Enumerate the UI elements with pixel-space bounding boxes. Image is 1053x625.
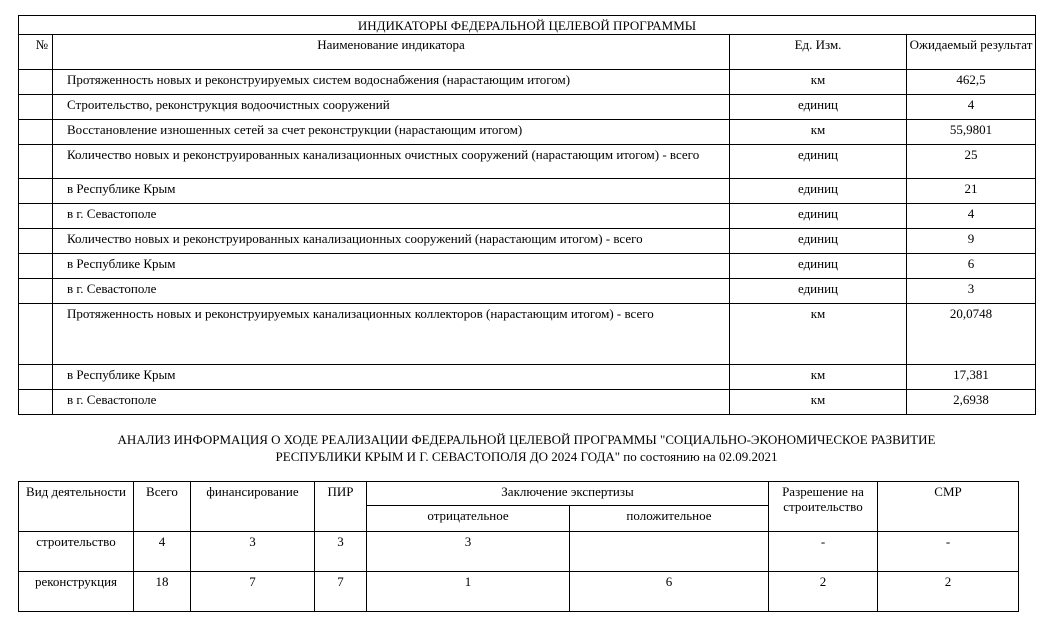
indicator-value: 462,5 <box>907 70 1036 95</box>
indicator-name: в г. Севастополе <box>53 279 730 304</box>
column-header-expertise: Заключение экспертизы <box>367 482 769 506</box>
indicator-value: 3 <box>907 279 1036 304</box>
row-number <box>19 365 53 390</box>
indicator-unit: единиц <box>730 179 907 204</box>
column-header-construction-permit: Разрешение на строительство <box>769 482 878 532</box>
indicator-unit: единиц <box>730 279 907 304</box>
column-header-financing: финансирование <box>191 482 315 532</box>
indicator-unit: единиц <box>730 145 907 179</box>
table-row: в г. Севастополе км 2,6938 <box>19 390 1036 415</box>
indicator-name: в Республике Крым <box>53 254 730 279</box>
indicator-value: 2,6938 <box>907 390 1036 415</box>
indicators-table: ИНДИКАТОРЫ ФЕДЕРАЛЬНОЙ ЦЕЛЕВОЙ ПРОГРАММЫ… <box>18 15 1036 415</box>
row-number <box>19 254 53 279</box>
indicators-header-row: № Наименование индикатора Ед. Изм. Ожида… <box>19 35 1036 70</box>
row-number <box>19 70 53 95</box>
indicator-name: в г. Севастополе <box>53 204 730 229</box>
row-number <box>19 145 53 179</box>
analysis-heading-line2-main: РЕСПУБЛИКИ КРЫМ И Г. СЕВАСТОПОЛЯ ДО 2024… <box>276 449 620 464</box>
indicator-value: 20,0748 <box>907 304 1036 365</box>
row-number <box>19 204 53 229</box>
table-row: Протяженность новых и реконструируемых к… <box>19 304 1036 365</box>
row-number <box>19 279 53 304</box>
activity-cell: реконструкция <box>19 572 134 612</box>
row-number <box>19 304 53 365</box>
table-row: Восстановление изношенных сетей за счет … <box>19 120 1036 145</box>
column-header-negative: отрицательное <box>367 506 570 532</box>
table-row: реконструкция 18 7 7 1 6 2 2 <box>19 572 1019 612</box>
table-row: в г. Севастополе единиц 3 <box>19 279 1036 304</box>
table-row: Количество новых и реконструированных ка… <box>19 229 1036 254</box>
indicator-unit: км <box>730 390 907 415</box>
indicator-value: 4 <box>907 204 1036 229</box>
indicator-unit: км <box>730 120 907 145</box>
row-number <box>19 120 53 145</box>
indicator-unit: км <box>730 70 907 95</box>
indicator-name: в Республике Крым <box>53 365 730 390</box>
table-row: в Республике Крым единиц 6 <box>19 254 1036 279</box>
column-header-positive: положительное <box>570 506 769 532</box>
indicator-name: Количество новых и реконструированных ка… <box>53 229 730 254</box>
table-row: строительство 4 3 3 3 - - <box>19 532 1019 572</box>
indicator-value: 9 <box>907 229 1036 254</box>
analysis-heading: АНАЛИЗ ИНФОРМАЦИЯ О ХОДЕ РЕАЛИЗАЦИИ ФЕДЕ… <box>18 431 1035 465</box>
column-header-number: № <box>19 35 53 70</box>
total-cell: 4 <box>134 532 191 572</box>
indicator-name: Количество новых и реконструированных ка… <box>53 145 730 179</box>
column-header-pir: ПИР <box>315 482 367 532</box>
permit-cell: - <box>769 532 878 572</box>
pir-cell: 3 <box>315 532 367 572</box>
indicator-value: 21 <box>907 179 1036 204</box>
indicator-value: 6 <box>907 254 1036 279</box>
smr-cell: 2 <box>878 572 1019 612</box>
indicator-name: Восстановление изношенных сетей за счет … <box>53 120 730 145</box>
indicator-unit: единиц <box>730 254 907 279</box>
table-row: Количество новых и реконструированных ка… <box>19 145 1036 179</box>
row-number <box>19 390 53 415</box>
total-cell: 18 <box>134 572 191 612</box>
indicator-unit: единиц <box>730 229 907 254</box>
smr-cell: - <box>878 532 1019 572</box>
column-header-expected-result: Ожидаемый результат <box>907 35 1036 70</box>
table-row: в Республике Крым км 17,381 <box>19 365 1036 390</box>
column-header-activity: Вид деятельности <box>19 482 134 532</box>
indicator-value: 17,381 <box>907 365 1036 390</box>
negative-cell: 1 <box>367 572 570 612</box>
table-row: в Республике Крым единиц 21 <box>19 179 1036 204</box>
pir-cell: 7 <box>315 572 367 612</box>
indicator-unit: единиц <box>730 95 907 120</box>
column-header-total: Всего <box>134 482 191 532</box>
financing-cell: 3 <box>191 532 315 572</box>
row-number <box>19 95 53 120</box>
table-row: Протяженность новых и реконструируемых с… <box>19 70 1036 95</box>
indicator-unit: км <box>730 365 907 390</box>
positive-cell <box>570 532 769 572</box>
column-header-unit: Ед. Изм. <box>730 35 907 70</box>
column-header-indicator-name: Наименование индикатора <box>53 35 730 70</box>
analysis-heading-line2: РЕСПУБЛИКИ КРЫМ И Г. СЕВАСТОПОЛЯ ДО 2024… <box>18 448 1035 465</box>
negative-cell: 3 <box>367 532 570 572</box>
activity-cell: строительство <box>19 532 134 572</box>
analysis-table: Вид деятельности Всего финансирование ПИ… <box>18 481 1019 612</box>
indicator-unit: единиц <box>730 204 907 229</box>
indicator-unit: км <box>730 304 907 365</box>
analysis-header-row-1: Вид деятельности Всего финансирование ПИ… <box>19 482 1019 506</box>
indicator-value: 55,9801 <box>907 120 1036 145</box>
indicators-table-title: ИНДИКАТОРЫ ФЕДЕРАЛЬНОЙ ЦЕЛЕВОЙ ПРОГРАММЫ <box>19 16 1036 35</box>
indicators-title-row: ИНДИКАТОРЫ ФЕДЕРАЛЬНОЙ ЦЕЛЕВОЙ ПРОГРАММЫ <box>19 16 1036 35</box>
row-number <box>19 229 53 254</box>
indicator-name: Строительство, реконструкция водоочистны… <box>53 95 730 120</box>
positive-cell: 6 <box>570 572 769 612</box>
row-number <box>19 179 53 204</box>
analysis-heading-date: по состоянию на 02.09.2021 <box>620 449 777 464</box>
table-row: в г. Севастополе единиц 4 <box>19 204 1036 229</box>
indicator-name: Протяженность новых и реконструируемых к… <box>53 304 730 365</box>
financing-cell: 7 <box>191 572 315 612</box>
indicator-name: Протяженность новых и реконструируемых с… <box>53 70 730 95</box>
indicator-name: в Республике Крым <box>53 179 730 204</box>
indicator-name: в г. Севастополе <box>53 390 730 415</box>
column-header-smr: СМР <box>878 482 1019 532</box>
indicator-value: 25 <box>907 145 1036 179</box>
permit-cell: 2 <box>769 572 878 612</box>
analysis-heading-line1: АНАЛИЗ ИНФОРМАЦИЯ О ХОДЕ РЕАЛИЗАЦИИ ФЕДЕ… <box>18 431 1035 448</box>
table-row: Строительство, реконструкция водоочистны… <box>19 95 1036 120</box>
indicator-value: 4 <box>907 95 1036 120</box>
